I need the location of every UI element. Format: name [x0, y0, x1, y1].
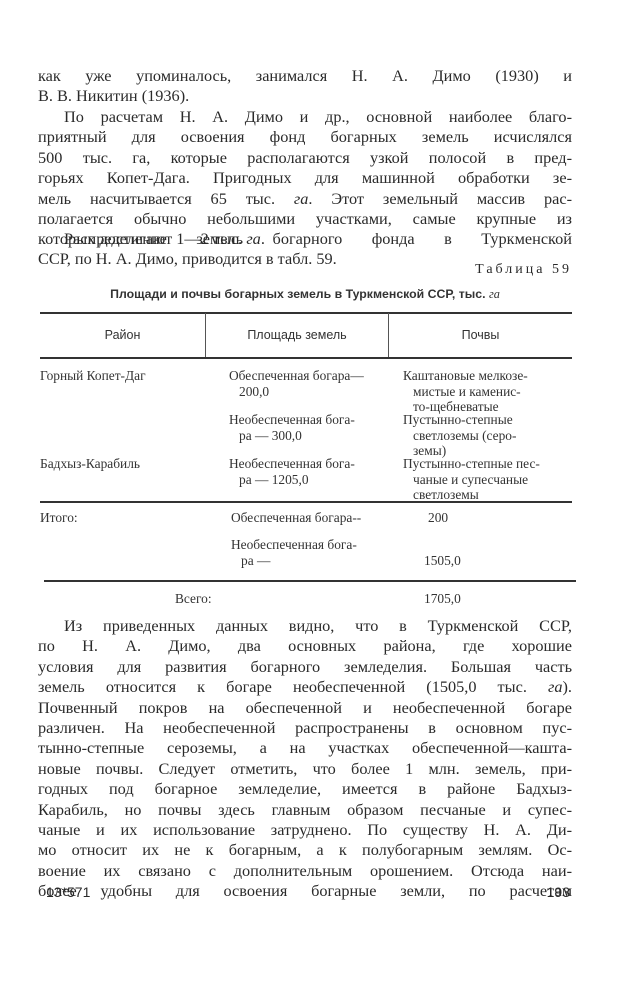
- header-bottom-rule: [40, 357, 572, 359]
- soil-line: Пустынно-степные: [403, 412, 573, 428]
- text-line: чаные и их использование затруднено. По …: [38, 820, 572, 840]
- text-line: новые почвы. Следует отметить, что более…: [38, 759, 572, 779]
- grand-total-value: 1705,0: [424, 591, 461, 607]
- text-line: воение их связано с дополнительным ороше…: [38, 861, 572, 881]
- table-caption-unit: га: [489, 287, 500, 301]
- table-top-rule: [40, 312, 572, 314]
- grand-total-rule: [44, 580, 576, 582]
- row-area: Необеспеченная бога- ра — 300,0: [229, 412, 399, 443]
- area-line: ра — 300,0: [229, 428, 399, 444]
- table-number: Таблица 59: [475, 262, 572, 278]
- paragraph-intro: как уже упоминалось, занимался Н. А. Дим…: [38, 66, 572, 107]
- text-line: полагается обычно небольшими участками, …: [38, 209, 572, 229]
- text-line: Карабиль, но почвы здесь главным образом…: [38, 800, 572, 820]
- area-line: Необеспеченная бога-: [229, 412, 399, 428]
- text-line: мо относит их не к богарным, а к полубог…: [38, 840, 572, 860]
- header-area: Площадь земель: [206, 328, 388, 344]
- row-area: Обеспеченная богара— 200,0: [229, 368, 399, 399]
- header-soil: Почвы: [389, 328, 572, 344]
- text-line: В. В. Никитин (1936).: [38, 86, 572, 106]
- row-soil: Пустынно-степные пес- чаные и супесчаные…: [403, 456, 573, 503]
- row-soil: Каштановые мелкозе- мистые и каменис- то…: [403, 368, 573, 415]
- text-line: Из приведенных данных видно, что в Туркм…: [38, 616, 572, 636]
- area-line: 200,0: [229, 384, 399, 400]
- text-line: мель насчитывается 65 тыс. га. Этот земе…: [38, 189, 572, 209]
- table-caption: Площади и почвы богарных земель в Туркме…: [38, 287, 572, 302]
- header-region: Район: [40, 328, 205, 344]
- text-line: Распределение земель богарного фонда в Т…: [38, 229, 572, 249]
- text-line: как уже упоминалось, занимался Н. А. Дим…: [38, 66, 572, 86]
- area-line: ра — 1205,0: [229, 472, 399, 488]
- text-line: земель относится к богаре необеспеченной…: [38, 677, 572, 697]
- table-caption-text: Площади и почвы богарных земель в Туркме…: [110, 287, 485, 301]
- row-region: Бадхыз-Карабиль: [40, 456, 140, 472]
- row-area: Необеспеченная бога- ра — 1205,0: [229, 456, 399, 487]
- totals-label: Итого:: [40, 510, 78, 526]
- totals-area: Обеспеченная богара--: [231, 510, 361, 526]
- totals-area: Необеспеченная бога- ра —: [231, 537, 401, 568]
- area-line: Обеспеченная богара—: [229, 368, 399, 384]
- row-soil: Пустынно-степные светлоземы (серо- земы): [403, 412, 573, 459]
- text-line: более удобны для освоения богарные земли…: [38, 881, 572, 901]
- area-line: Необеспеченная бога-: [229, 456, 399, 472]
- totals-value: 200: [428, 510, 448, 526]
- text-line: тынно-степные сероземы, а на участках об…: [38, 738, 572, 758]
- soil-line: чаные и супесчаные: [403, 472, 573, 488]
- paragraph-analysis: Из приведенных данных видно, что в Туркм…: [38, 616, 572, 901]
- soil-line: светлоземы (серо-: [403, 428, 573, 444]
- text-line: горьях Копет-Дага. Пригодных для машинно…: [38, 168, 572, 188]
- area-line: Необеспеченная бога-: [231, 537, 401, 553]
- text-line: различен. На необеспеченной распростране…: [38, 718, 572, 738]
- text-line: условия для развития богарного земледели…: [38, 657, 572, 677]
- row-region: Горный Копет-Даг: [40, 368, 146, 384]
- soil-line: мистые и каменис-: [403, 384, 573, 400]
- text-line: по Н. А. Димо, два основных района, где …: [38, 636, 572, 656]
- soil-line: Пустынно-степные пес-: [403, 456, 573, 472]
- page-number: 193: [547, 884, 570, 900]
- text-line: 500 тыс. га, которые располагаются узкой…: [38, 148, 572, 168]
- printer-signature: 13*571: [46, 884, 90, 900]
- area-line: ра —: [231, 553, 401, 569]
- totals-value: 1505,0: [424, 553, 461, 569]
- soil-line: Каштановые мелкозе-: [403, 368, 573, 384]
- text-line: По расчетам Н. А. Димо и др., основной н…: [38, 107, 572, 127]
- text-line: Почвенный покров на обеспеченной и необе…: [38, 698, 572, 718]
- text-line: годных под богарное земледелие, имеется …: [38, 779, 572, 799]
- grand-total-label: Всего:: [175, 591, 212, 607]
- totals-top-rule: [40, 501, 572, 503]
- text-line: приятный для освоения фонд богарных земе…: [38, 127, 572, 147]
